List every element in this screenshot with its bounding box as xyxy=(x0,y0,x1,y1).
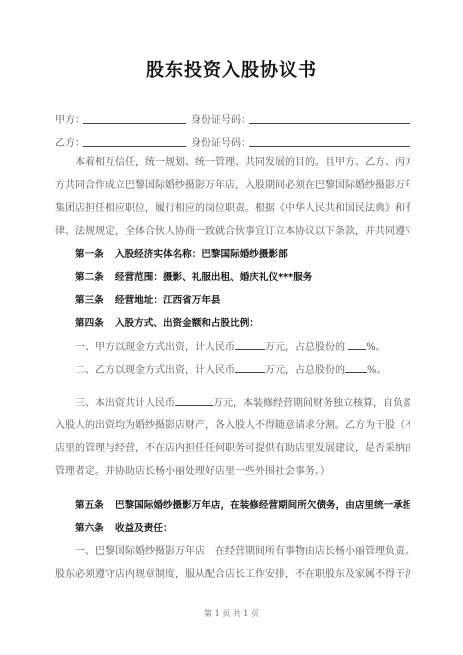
article-5: 第五条巴黎国际婚纱摄影万年店，在装修经营期间所欠债务，由店里统一承担。 xyxy=(75,499,410,513)
article-6-text: 收益及责任： xyxy=(115,523,173,534)
clause-4-item-3-text-b: 万元，本装修经营期间财务独立核算，自负盈亏，各 xyxy=(213,398,410,409)
article-3: 第三条经营地址：江西省万年县 xyxy=(75,294,410,308)
article-5-number: 第五条 xyxy=(75,499,115,513)
article-2-text: 经营范围：摄影、礼服出租、婚庆礼仪***服务 xyxy=(115,272,312,283)
clause-4-item-3-line-3: 店里的管理与经营，不在店内担任任何职务可提供有助店里发展建议，是否采纳由店里 xyxy=(55,442,410,456)
clause-4-item-1-text-c: %。 xyxy=(366,342,386,353)
total-amount-blank[interactable] xyxy=(175,396,213,406)
article-4-number: 第四条 xyxy=(75,317,115,331)
party-b-id-field[interactable] xyxy=(249,146,410,147)
clause-4-item-1-text-b: 万元，占总股份的 xyxy=(265,342,348,353)
clause-4-item-3-text-a: 三、本出资共计人民币 xyxy=(75,398,175,409)
article-1-number: 第一条 xyxy=(75,248,115,262)
article-3-number: 第三条 xyxy=(75,294,115,308)
article-3-text: 经营地址：江西省万年县 xyxy=(115,295,221,306)
clause-4-item-3-line-2: 入股人的出资均为婚纱摄影店财产，各入股人不得随意请求分割。乙方为干股（不参与 xyxy=(55,419,410,433)
document-title: 股东投资入股协议书 xyxy=(0,56,463,82)
party-a-id-label: 身份证号码： xyxy=(191,111,251,126)
article-1: 第一条入股经济实体名称：巴黎国际婚纱摄影部 xyxy=(75,248,410,262)
intro-line-3: 集团店担任相应职位，履行相应的岗位职责。根据《中华人民共和国民法典》和有关法 xyxy=(55,202,410,216)
party-b-id-label: 身份证号码： xyxy=(191,134,251,149)
percent-blank-b[interactable] xyxy=(345,363,367,373)
clause-4-item-3-line-1: 三、本出资共计人民币万元，本装修经营期间财务独立核算，自负盈亏，各 xyxy=(75,396,410,411)
document-page: 股东投资入股协议书 甲方： 身份证号码： 乙方： 身份证号码： 本着相互信任，统… xyxy=(0,0,463,655)
article-5-text: 巴黎国际婚纱摄影万年店，在装修经营期间所欠债务，由店里统一承担。 xyxy=(115,500,410,511)
clause-6-line-2: 股东必须遵守店内规章制度，服从配合店长工作安排，不在职股东及家属不得干涉所有 xyxy=(55,568,410,582)
party-a-name-field[interactable] xyxy=(83,123,186,124)
amount-blank-a[interactable] xyxy=(235,340,265,350)
party-b-name-field[interactable] xyxy=(83,146,186,147)
article-2: 第二条经营范围：摄影、礼服出租、婚庆礼仪***服务 xyxy=(75,271,410,285)
party-a-label: 甲方： xyxy=(55,111,85,126)
intro-line-4: 律、法规规定，全体合伙人协商一致就合伙事宜订立本协议以下条款，并共同遵守： xyxy=(55,225,410,239)
article-6-number: 第六条 xyxy=(75,522,115,536)
clause-4-item-2-text-a: 二、乙方以现金方式出资，计人民币 xyxy=(75,365,235,376)
clause-4-item-2-text-b: 万元，占总股份的 xyxy=(265,365,345,376)
percent-blank-a[interactable] xyxy=(348,340,366,350)
party-b-label: 乙方： xyxy=(55,134,85,149)
clause-4-item-1-text-a: 一、甲方以现金方式出资，计人民币 xyxy=(75,342,235,353)
intro-line-2: 方共同合作成立巴黎国际婚纱摄影万年店，入股期间必须在巴黎国际婚纱摄影万年店或 xyxy=(55,179,410,193)
party-a-row: 甲方： 身份证号码： xyxy=(55,111,410,127)
page-footer: 第 1 页 共 1 页 xyxy=(0,608,463,619)
article-4: 第四条入股方式、出资金额和占股比例： xyxy=(75,317,410,331)
clause-4-item-2-text-c: %。 xyxy=(367,365,387,376)
party-b-row: 乙方： 身份证号码： xyxy=(55,134,410,150)
party-a-id-field[interactable] xyxy=(249,123,410,124)
clause-4-item-3-line-4: 管理者定。并协助店长杨小丽处理好店里一些外围社会事务。） xyxy=(55,465,410,479)
clause-6-line-1: 一、巴黎国际婚纱摄影万年店 在经营期间所有事物由店长杨小丽管理负责。各位 xyxy=(75,545,410,559)
article-4-text: 入股方式、出资金额和占股比例： xyxy=(115,318,259,329)
clause-4-item-2: 二、乙方以现金方式出资，计人民币万元，占总股份的%。 xyxy=(75,363,410,378)
article-2-number: 第二条 xyxy=(75,271,115,285)
intro-line-1: 本着相互信任，统一规划、统一管理、共同发展的目的。且甲方、乙方、丙方、丁 xyxy=(75,156,410,170)
amount-blank-b[interactable] xyxy=(235,363,265,373)
clause-4-item-1: 一、甲方以现金方式出资，计人民币万元，占总股份的 %。 xyxy=(75,340,410,355)
article-1-text: 入股经济实体名称：巴黎国际婚纱摄影部 xyxy=(115,249,288,260)
article-6: 第六条收益及责任： xyxy=(75,522,410,536)
